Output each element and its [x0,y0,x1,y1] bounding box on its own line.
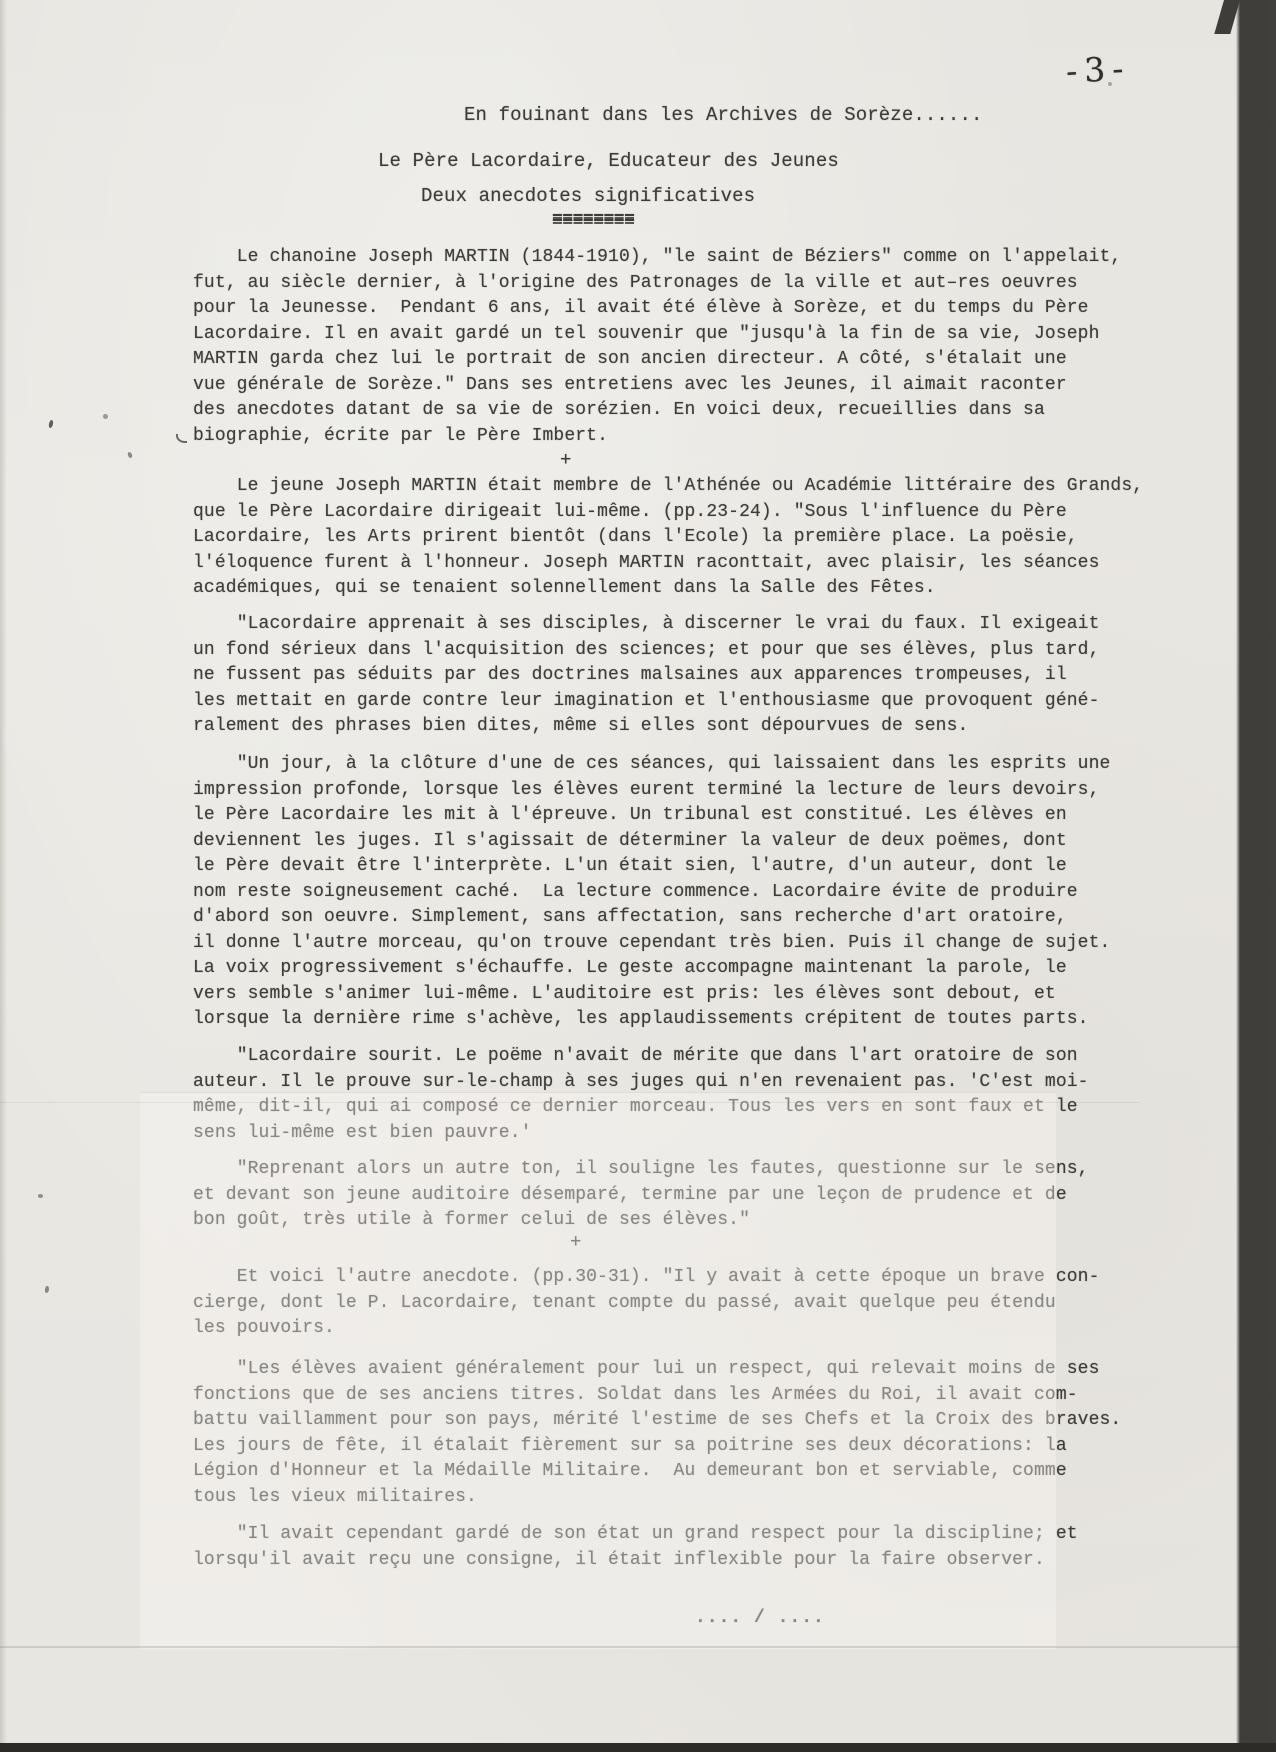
paragraph-2: Le jeune Joseph MARTIN était membre de l… [193,474,1193,602]
paragraph-3: "Lacordaire apprenait à ses disciples, à… [193,612,1193,740]
plus-separator-1: + [560,448,572,474]
paragraph-4: "Un jour, à la clôture d'une de ces séan… [193,752,1193,1033]
scanned-document-page: -3- En fouinant dans les Archives de Sor… [0,0,1276,1752]
dust-speck [127,451,133,458]
dust-speck [38,1194,43,1198]
document-title: En fouinant dans les Archives de Sorèze.… [464,103,982,129]
scan-artifact-line-faint [0,1102,1140,1103]
document-subtitle: Le Père Lacordaire, Educateur des Jeunes [378,149,839,175]
paper-left-shadow [0,0,7,1752]
title-underline: ======== [552,208,634,234]
scan-edge-right [1236,0,1276,1752]
scan-light-patch [140,1092,1056,1649]
scan-artifact-line [0,1646,1276,1648]
dust-speck [44,1286,49,1294]
dust-speck [103,414,108,419]
paragraph-1: Le chanoine Joseph MARTIN (1844-1910), "… [193,245,1193,449]
page-number: -3- [1065,48,1131,91]
dust-speck [48,420,54,429]
dust-speck [176,434,187,443]
scan-edge-bottom [0,1743,1276,1752]
document-subtitle-2: Deux anecdotes significatives [421,184,755,210]
dust-speck [1108,82,1112,86]
